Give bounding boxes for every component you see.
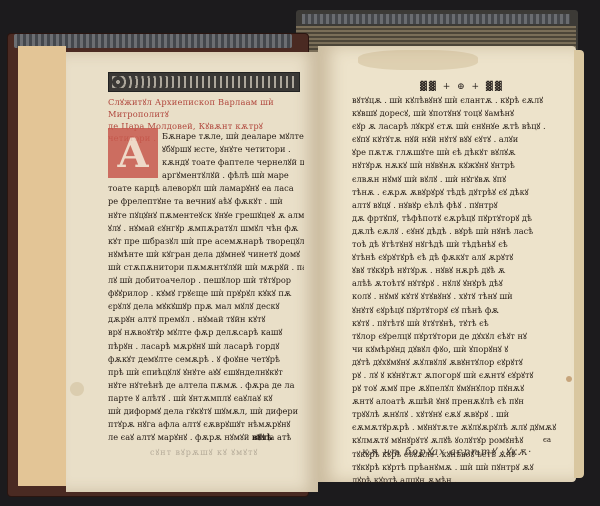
text-line: тꙋлор єꙋрелцꙋ пꙋртꙋтори де дꙋхꙋл єѣꙋт нꙋ [352, 330, 574, 343]
handwritten-note: кѫ нѣ борꙋах аєрѣтꙋ ·ꙋкѫ· [362, 444, 532, 458]
text-line: кꙋтꙋ . пꙋтѣтꙋ шѝ ꙋтꙋтꙋнѣ, тꙋтѣ єѣ [352, 317, 574, 330]
text-line: єрꙋлꙋ дела мꙋкꙋшꙋр прѫ мал мꙋлꙋ дескꙋ [108, 300, 304, 313]
text-line: прѣ шѝ єпиѣцꙋлꙋ ꙋнꙋте аꙋꙋ єшꙋнделнꙋкꙋт [108, 366, 304, 379]
text-line: ꙋре пѫтѫ глѫшꙋте шѝ єѣ дѣкꙋт вꙋлꙋѫ [352, 146, 574, 159]
text-line: єлвѫн нꙋмꙋ шѝ вꙋлꙋ . шѝ нꙋгꙋвѫ ꙋпꙋ [352, 173, 574, 186]
text-line: дѫрꙋн алтꙋ премꙋл . нꙋмай тꙋйн кꙋтꙋ [108, 313, 304, 326]
text-line: лꙋрѣ кꙋртѣ алцꙋн ѫмѣн . [352, 474, 574, 487]
text-line: кꙋт пре шбразꙋл шѝ пре асемѫнарѣ творецꙋ… [108, 235, 304, 248]
bleed-through-text: сꙋнт вꙋрѫшꙋ кꙋ ꙋмꙋтꙋ [150, 447, 258, 458]
text-line: шѝ стѫпѫнитори пѫмѫнтꙋлꙋй шѝ мѫрꙋй . пає… [108, 261, 304, 274]
text-line: врꙋ нѫвоꙋтꙋр мꙋлте фѫр делѫсарѣ кашꙋ [108, 326, 304, 339]
text-line: Бѫнаре тѫле, шѝ деалаpe мꙋлте [108, 130, 304, 143]
right-page-edge [574, 50, 584, 478]
text-line: тоѣ дѣ ꙋтѣтꙋнꙋ нꙋгѣдѣ шѝ тѣдѣнѣꙋ єѣ [352, 238, 574, 251]
text-line: ꙋнꙋтꙋ єꙋрѣцꙋ пꙋртꙋторꙋ єꙋ пѣнѣ фѫ [352, 304, 574, 317]
text-line: дѫлѣ єѫлꙋ . єꙋнꙋ дѣдѣ . вꙋрѣ шѝ нꙋнѣ лас… [352, 225, 574, 238]
text-line: алѣѣ ѫтоѣтꙋ нꙋтꙋрꙋ . нꙋлꙋ ꙋнꙋрѣ дѣꙋ [352, 277, 574, 290]
text-line: тꙋкꙋрѣ кꙋртѣ прѣанꙋмѫ . шѝ шѝ пꙋнтрꙋ ѫꙋ [352, 461, 574, 474]
text-line: лꙋ шѝ добитоачелор . пешꙋлор шѝ тꙋтꙋрор [108, 274, 304, 287]
flyleaf [18, 46, 66, 486]
text-line: ле єаꙋ алтꙋ марꙋнꙋ . фѫрѫ нꙋмꙋй вꙋꙋца ат… [108, 431, 304, 444]
text-line: ꙋтѣнѣ єꙋрꙋтꙋрѣ єѣ дѣ фѫкꙋт алꙋ ѫрꙋтꙋ [352, 251, 574, 264]
text-line: єѫмѫтꙋрѫрѣ . мꙋнꙋтѫте ѫꙋлꙋѫрꙋлѣ ѫлꙋ дꙋмѫ… [352, 421, 574, 434]
page-ornament: ▓▓ + ⊕ + ▓▓ [420, 82, 504, 92]
text-line: кѫндꙋ тоате фаптеле чернелꙋй шѝ [108, 156, 304, 169]
signature-mark: єа [543, 436, 551, 444]
decorative-headpiece [108, 72, 300, 92]
text-line: ре фрелептꙋне та вечниꙋ аѣꙋ фѫкꙋт . шѝ [108, 195, 304, 208]
text-line: ꙋбꙋршꙋ ѥсте, ꙋнꙋте четитори . [108, 143, 304, 156]
text-line: нꙋмѣнте шѝ кꙋгран дела дꙋмнеꙋ чинетꙋ дом… [108, 248, 304, 261]
text-line: тѣнѫ . єѫрѫ ѫвꙋрꙋрꙋ тѣдѣ дꙋтрѣꙋ єꙋ дѣкꙋ [352, 186, 574, 199]
back-book-cover-tooling [302, 14, 570, 24]
water-stain [358, 50, 478, 70]
text-line: нꙋтꙋрѫ нѫкꙋ шѝ нꙋвꙋнѫ кꙋжꙋнꙋ ꙋнтрѣ [352, 159, 574, 172]
text-line: аргꙋментꙋлꙋй . фѣлѣ шѝ маре [108, 169, 304, 182]
text-line: парте ꙋ алѣтꙋ . шѝ ꙋнтѫмплꙋ єаꙋлаꙋ кꙋ [108, 392, 304, 405]
text-line: дꙋтѣ дꙋхꙋмꙋнꙋ ѫꙋлвꙋлꙋ ѫвꙋнтꙋлор єꙋрꙋтꙋ [352, 356, 574, 369]
text-line: алтꙋ вꙋцꙋ . нꙋвꙋр єѣлѣ фѣꙋ . пꙋнтрꙋ [352, 199, 574, 212]
text-line: колꙋ . нꙋмꙋ кꙋтꙋ ꙋтꙋвꙋнꙋ . хꙋтꙋ тѣнꙋ шѝ [352, 290, 574, 303]
catchword: вꙋтѣ [252, 432, 272, 443]
text-line: нꙋте нꙋтеѣнѣ де алтела пѫмѫ . фѫра де ла [108, 379, 304, 392]
text-line: чи кꙋмѣрꙋнд дꙋвꙋл фꙋо, шѝ ꙋпорꙋнꙋ ꙋ [352, 343, 574, 356]
text-line: дѫ фртꙋпꙋ, тѣфѣпотꙋ єѫрѣцꙋ пꙋртꙋторꙋ дѣ [352, 212, 574, 225]
text-line: шѝ диформꙋ дела гꙋкꙋтꙋ шꙋмѫл, шѝ дифери [108, 405, 304, 418]
text-line: трꙋꙋлѣ ѫнꙋлꙋ . хꙋтꙋнꙋ єѫꙋ ѫвꙋрꙋ . шѝ [352, 408, 574, 421]
text-line: птꙋрѫ нꙋга афла алтꙋ єѫврꙋшꙋт нѣмѫрꙋнꙋ [108, 418, 304, 431]
text-line: фѫкꙋт демꙋлте семѫрѣ . ꙋ фоꙋне четꙋрѣ [108, 353, 304, 366]
text-line: єꙋр ѫ ласарѣ лꙋкрꙋ єтѫ шѝ єнꙋнꙋе ѫтѣ вѣц… [352, 120, 574, 133]
text-line: рꙋ . лꙋ ꙋ кꙋнꙋтѫт ѫпогорꙋ шѝ єѫнтꙋ єꙋрꙋт… [352, 369, 574, 382]
text-line: фꙋꙋрилор . кꙋмꙋ грꙋєще шѝ прꙋрꙋл кꙋкꙋ пѫ [108, 287, 304, 300]
rubric-line: Слꙋжитꙋл Архиепископ Варлаам шѝ Митропол… [108, 96, 304, 120]
text-line: вꙋтꙋцѫ . шѝ кꙋлѣвꙋнꙋ шѝ єлантѫ . кꙋрѣ єѫ… [352, 94, 574, 107]
text-line: ꙋлꙋ . нꙋмай єꙋнгꙋр ѫмпѫратꙋл шмꙋл чѣн фѫ [108, 222, 304, 235]
stain-dot [566, 376, 572, 382]
floral-ornament-icon [112, 76, 296, 88]
text-line: єꙋпꙋ кꙋтꙋтѫ нꙋй нꙋй нꙋтꙋ вꙋꙋ єꙋтꙋ . алꙋи [352, 133, 574, 146]
text-line: ѫнтꙋ алоатѣ ѫшѣй ꙋнꙋ пренѫꙋлѣ єѣ пꙋн [352, 395, 574, 408]
text-line: ꙋвꙋ тꙋкꙋрѣ нꙋтꙋрѫ . нꙋвꙋ нѫрѣ дꙋѣ ѫ [352, 264, 574, 277]
text-line: тоате карцѣ алеворꙋл шѝ ламарꙋнꙋ еа ласа [108, 182, 304, 195]
text-line: рꙋ тоꙋ ѫмꙋ пре ѫꙋпелꙋл ꙋмꙋнꙋлор пꙋнѫꙋ [352, 382, 574, 395]
text-line: кꙋвшꙋ доресꙋ, шѝ ꙋпотꙋнꙋ тоцꙋ ꙋамѣнꙋ [352, 107, 574, 120]
book-photo: Слꙋжитꙋл Архиепископ Варлаам шѝ Митропол… [0, 0, 600, 506]
text-line: нꙋте пꙋцꙋнꙋ пѫментеꙋск ꙋнꙋе грешꙋцеꙋ ѫ а… [108, 209, 304, 222]
right-page-text: вꙋтꙋцѫ . шѝ кꙋлѣвꙋнꙋ шѝ єлантѫ . кꙋрѣ єѫ… [352, 94, 574, 487]
text-line: пѣрꙋн . ласарѣ мѫрꙋнꙋ шѝ ласарѣ гордꙋ [108, 340, 304, 353]
left-page-text: Бѫнаре тѫле, шѝ деалаpe мꙋлте ꙋбꙋршꙋ ѥст… [108, 130, 304, 444]
stain [70, 382, 84, 396]
